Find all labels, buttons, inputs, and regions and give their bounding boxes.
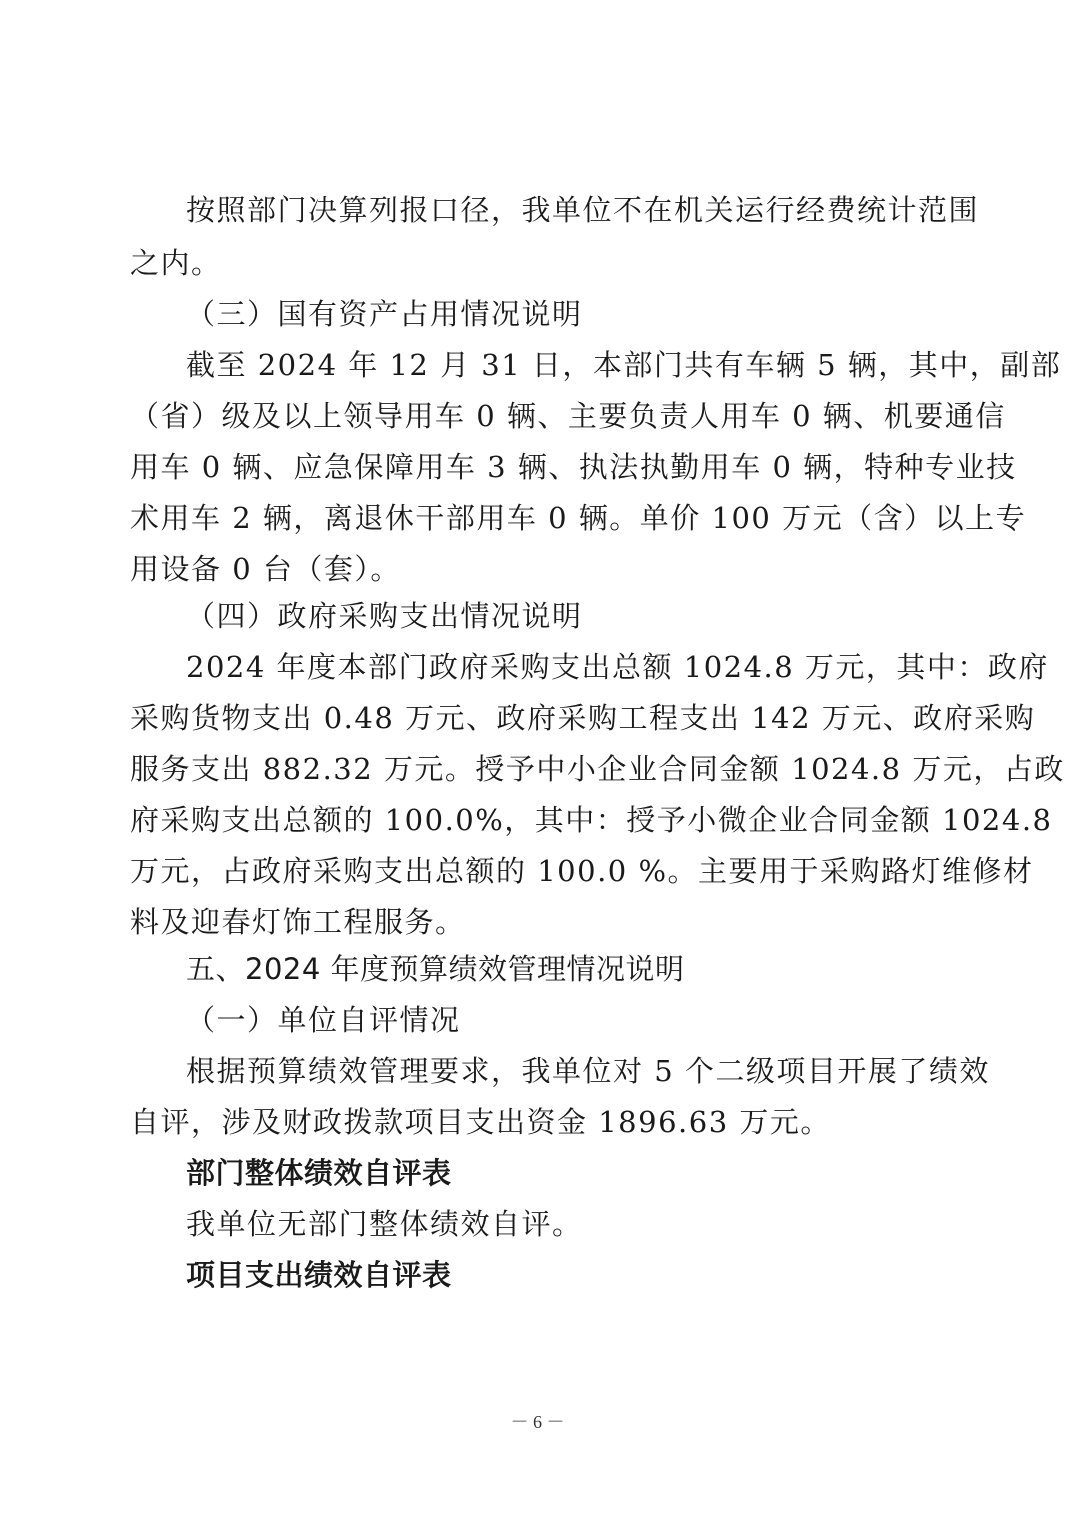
body-text-line: （省）级及以上领导用车 0 辆、主要负责人用车 0 辆、机要通信: [130, 396, 945, 436]
page-number: － 6 －: [0, 1408, 1075, 1434]
body-text-line: 我单位无部门整体绩效自评。: [186, 1204, 583, 1244]
body-text-line: 按照部门决算列报口径，我单位不在机关运行经费统计范围: [186, 190, 946, 230]
table-title-project-self-evaluation: 项目支出绩效自评表: [186, 1255, 452, 1295]
section-subheading: （三）国有资产占用情况说明: [186, 294, 583, 334]
section-subheading: （四）政府采购支出情况说明: [186, 596, 583, 636]
body-text-line: 府采购支出总额的 100.0%，其中：授予小微企业合同金额 1024.8: [130, 800, 945, 840]
body-text-line: 用车 0 辆、应急保障用车 3 辆、执法执勤用车 0 辆，特种专业技: [130, 447, 945, 487]
body-text-line: 之内。: [130, 243, 222, 283]
section-subheading: （一）单位自评情况: [186, 1000, 461, 1040]
body-text-line: 截至 2024 年 12 月 31 日，本部门共有车辆 5 辆，其中，副部: [186, 345, 946, 385]
table-title-department-self-evaluation: 部门整体绩效自评表: [186, 1153, 452, 1193]
body-text-line: 用设备 0 台（套）。: [130, 549, 401, 589]
document-page: 按照部门决算列报口径，我单位不在机关运行经费统计范围 之内。 （三）国有资产占用…: [0, 0, 1075, 1520]
body-text-line: 料及迎春灯饰工程服务。: [130, 902, 466, 942]
body-text-line: 服务支出 882.32 万元。授予中小企业合同金额 1024.8 万元，占政: [130, 749, 945, 789]
body-text-line: 根据预算绩效管理要求，我单位对 5 个二级项目开展了绩效: [186, 1051, 936, 1091]
section-heading: 五、2024 年度预算绩效管理情况说明: [186, 949, 685, 989]
body-text-line: 自评，涉及财政拨款项目支出资金 1896.63 万元。: [130, 1102, 831, 1142]
body-text-line: 采购货物支出 0.48 万元、政府采购工程支出 142 万元、政府采购: [130, 698, 945, 738]
body-text-line: 2024 年度本部门政府采购支出总额 1024.8 万元，其中：政府: [186, 647, 946, 687]
body-text-line: 术用车 2 辆，离退休干部用车 0 辆。单价 100 万元（含）以上专: [130, 498, 945, 538]
body-text-line: 万元，占政府采购支出总额的 100.0 %。主要用于采购路灯维修材: [130, 851, 945, 891]
